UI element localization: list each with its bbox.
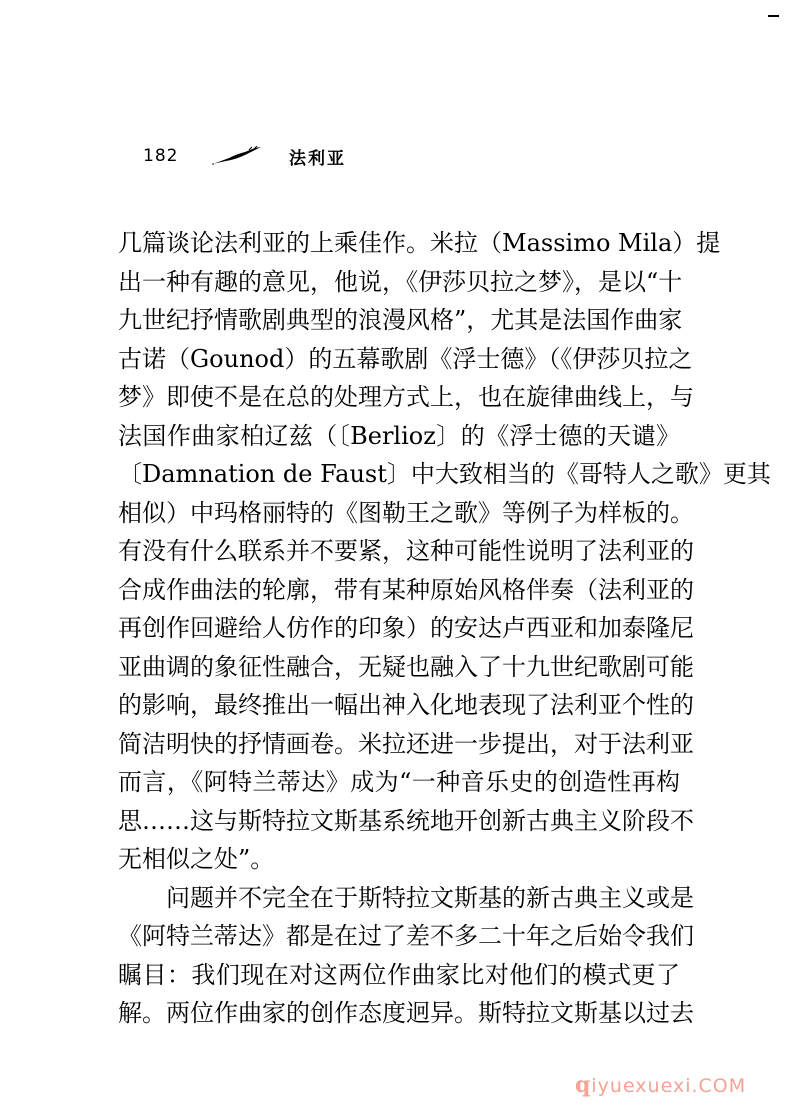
corner-dash-mark <box>768 15 779 17</box>
chapter-title: 法利亚 <box>289 144 346 169</box>
text-line: 出一种有趣的意见，他说，《伊莎贝拉之梦》，是以“十 <box>118 263 680 302</box>
text-line: 有没有什么联系并不要紧，这种可能性说明了法利亚的 <box>118 532 680 571</box>
text-line: 法国作曲家柏辽兹（〔Berlioz〕的《浮士德的天谴》 <box>118 417 680 456</box>
watermark: qiyuexuexi.COM <box>575 1072 746 1098</box>
text-line: 几篇谈论法利亚的上乘佳作。米拉（Massimo Mila）提 <box>118 224 680 263</box>
feather-quill-icon <box>211 146 263 166</box>
text-line: 无相似之处”。 <box>118 840 680 879</box>
text-line: 解。两位作曲家的创作态度迥异。斯特拉文斯基以过去 <box>118 994 680 1033</box>
watermark-text: iyuexuexi.COM <box>591 1075 746 1097</box>
text-line: 相似）中玛格丽特的《图勒王之歌》等例子为样板的。 <box>118 494 680 533</box>
running-head: 182 法利亚 <box>143 143 346 169</box>
text-line: 〔Damnation de Faust〕中大致相当的《哥特人之歌》更其 <box>118 455 680 494</box>
body-text: 几篇谈论法利亚的上乘佳作。米拉（Massimo Mila）提出一种有趣的意见，他… <box>118 224 680 1033</box>
text-line: 亚曲调的象征性融合，无疑也融入了十九世纪歌剧可能 <box>118 648 680 687</box>
text-line: 思……这与斯特拉文斯基系统地开创新古典主义阶段不 <box>118 802 680 841</box>
text-line: 古诺（Gounod）的五幕歌剧《浮士德》（《伊莎贝拉之 <box>118 340 680 379</box>
text-line: 而言，《阿特兰蒂达》成为“一种音乐史的创造性再构 <box>118 763 680 802</box>
text-line: 简洁明快的抒情画卷。米拉还进一步提出，对于法利亚 <box>118 725 680 764</box>
text-line: 合成作曲法的轮廓，带有某种原始风格伴奏（法利亚的 <box>118 571 680 610</box>
text-line: 瞩目：我们现在对这两位作曲家比对他们的模式更了 <box>118 956 680 995</box>
text-line: 问题并不完全在于斯特拉文斯基的新古典主义或是 <box>118 879 680 918</box>
text-line: 再创作回避给人仿作的印象）的安达卢西亚和加泰隆尼 <box>118 609 680 648</box>
watermark-prefix: q <box>575 1072 591 1098</box>
page-number: 182 <box>143 146 203 166</box>
text-line: 梦》即使不是在总的处理方式上，也在旋律曲线上，与 <box>118 378 680 417</box>
text-line: 《阿特兰蒂达》都是在过了差不多二十年之后始令我们 <box>118 917 680 956</box>
text-line: 的影响，最终推出一幅出神入化地表现了法利亚个性的 <box>118 686 680 725</box>
text-line: 九世纪抒情歌剧典型的浪漫风格”，尤其是法国作曲家 <box>118 301 680 340</box>
